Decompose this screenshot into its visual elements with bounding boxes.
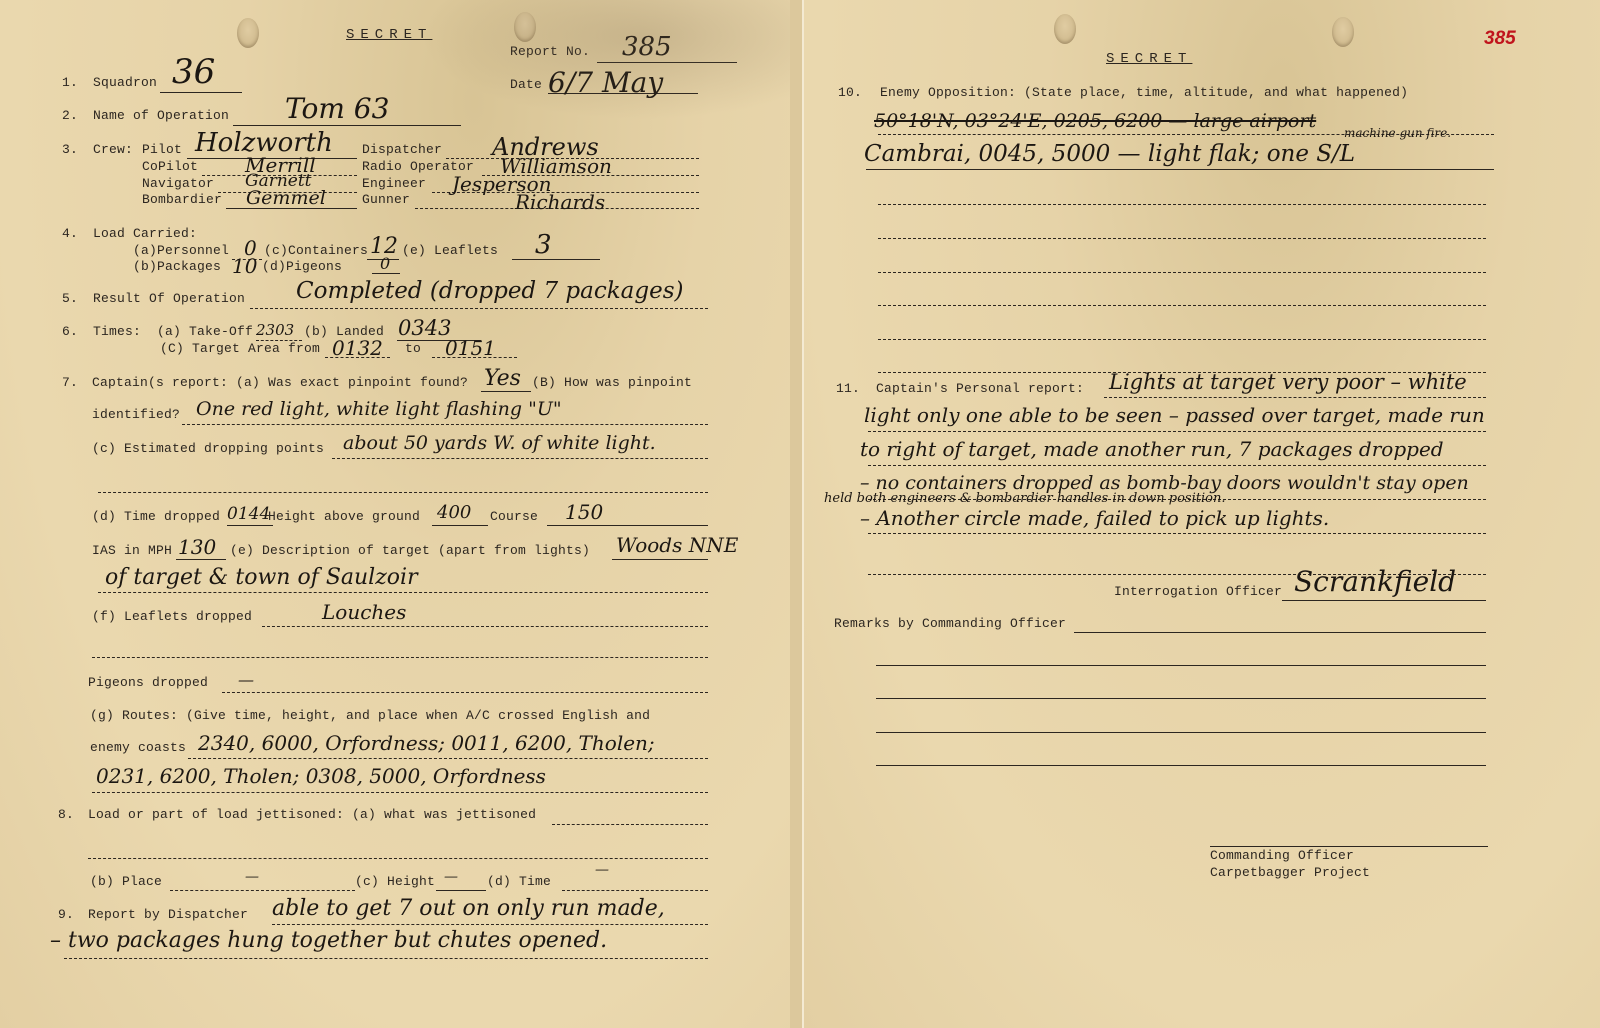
co-unit: Carpetbagger Project	[1210, 865, 1370, 880]
blank-line	[88, 858, 708, 859]
section-number: 4.	[62, 226, 78, 241]
operation-name-label: Name of Operation	[93, 108, 229, 123]
landed-value: 0343	[398, 316, 451, 340]
leaflets-dropped-line	[262, 626, 708, 627]
crew-role-bombardier: Bombardier	[142, 192, 222, 207]
crew-role-engineer: Engineer	[362, 176, 426, 191]
dispatcher-report-label: Report by Dispatcher	[88, 907, 248, 922]
captain-report-insert: held both engineers & bombardier handles…	[824, 491, 1225, 506]
result-label: Result Of Operation	[93, 291, 245, 306]
pigeons-value: 0	[380, 254, 390, 273]
target-description-value: Woods NNE	[616, 533, 738, 557]
remarks-label: Remarks by Commanding Officer	[834, 616, 1066, 631]
blank-line	[878, 238, 1486, 239]
enemy-opposition-label: Enemy Opposition: (State place, time, al…	[880, 85, 1408, 100]
jettison-time-label: (d) Time	[487, 874, 551, 889]
crew-name-bombardier: Gemmel	[246, 187, 326, 209]
jettison-time-line	[562, 890, 708, 891]
report-no-value: 385	[622, 32, 672, 62]
captain-report-line-1: Lights at target very poor – white	[1109, 370, 1467, 394]
times-label: Times:	[93, 324, 141, 339]
blank-line	[98, 492, 708, 493]
jettison-time-value: —	[595, 862, 609, 878]
course-label: Course	[490, 509, 538, 524]
target-description-value-2: of target & town of Saulzoir	[105, 565, 418, 590]
identified-line	[182, 424, 708, 425]
target-from-value: 0132	[332, 336, 383, 360]
captain-report-line-2: light only one able to be seen – passed …	[864, 403, 1485, 427]
captain-report-line-5: – Another circle made, failed to pick up…	[860, 506, 1329, 530]
blank-line	[878, 204, 1486, 205]
section-number: 6.	[62, 324, 78, 339]
pinpoint-how-label: (B) How was pinpoint	[532, 375, 692, 390]
co-signature-line	[1210, 846, 1488, 847]
enemy-opposition-line-2	[866, 169, 1494, 170]
section-number: 5.	[62, 291, 78, 306]
report-no-label: Report No.	[510, 44, 590, 59]
pigeons-dropped-value: —	[238, 670, 254, 689]
packages-value: 10	[232, 254, 257, 278]
section-number: 11.	[836, 381, 860, 396]
captain-report-line-3: to right of target, made another run, 7 …	[860, 437, 1444, 461]
routes-value-2: 0231, 6200, Tholen; 0308, 5000, Orfordne…	[96, 764, 546, 788]
jettison-height-line	[436, 890, 486, 891]
section-number: 1.	[62, 75, 78, 90]
pigeons-dropped-label: Pigeons dropped	[88, 675, 208, 690]
packages-label: (b)Packages	[133, 259, 221, 274]
height-line	[432, 525, 488, 526]
leaflets-label: (e) Leaflets	[402, 243, 498, 258]
report-no-line	[597, 62, 737, 63]
description-line	[612, 559, 708, 560]
jettison-height-label: (c) Height	[355, 874, 435, 889]
remarks-line	[876, 665, 1486, 666]
crew-role-pilot: Pilot	[142, 142, 182, 157]
interrogation-officer-label: Interrogation Officer	[1114, 584, 1282, 599]
interrogation-officer-signature: Scrankfield	[1294, 565, 1456, 598]
crew-role-gunner: Gunner	[362, 192, 410, 207]
pinpoint-found-line	[481, 391, 531, 392]
routes-value-1: 2340, 6000, Orfordness; 0011, 6200, Thol…	[198, 731, 655, 755]
pigeons-dropped-line	[222, 692, 708, 693]
dispatcher-report-line	[272, 924, 708, 925]
crew-role-dispatcher: Dispatcher	[362, 142, 442, 157]
date-value: 6/7 May	[548, 66, 663, 99]
course-line	[547, 525, 708, 526]
remarks-line	[876, 698, 1486, 699]
squadron-label: Squadron	[93, 75, 157, 90]
takeoff-value: 2303	[256, 321, 294, 339]
squadron-line	[160, 92, 242, 93]
section-number: 3.	[62, 142, 78, 157]
crew-role-copilot: CoPilot	[142, 159, 198, 174]
interrogation-officer-line	[1282, 600, 1486, 601]
place-line	[170, 890, 355, 891]
height-above-ground-label: Height above ground	[268, 509, 420, 524]
co-title: Commanding Officer	[1210, 848, 1354, 863]
captain-report-line	[1104, 397, 1486, 398]
time-dropped-value: 0144	[227, 504, 270, 524]
page-gutter	[790, 0, 804, 1028]
crew-label: Crew:	[93, 142, 133, 157]
blank-line	[878, 272, 1486, 273]
course-value: 150	[565, 500, 603, 524]
punch-hole	[237, 18, 259, 48]
pinpoint-found-value: Yes	[484, 366, 521, 391]
ias-value: 130	[178, 535, 216, 559]
leaflets-value: 3	[535, 230, 552, 260]
punch-hole	[1332, 17, 1354, 47]
secret-heading: SECRET	[346, 27, 432, 43]
blank-line	[878, 305, 1486, 306]
section-number: 8.	[58, 807, 74, 822]
load-carried-label: Load Carried:	[93, 226, 197, 241]
captain-report-label: Captain's Personal report:	[876, 381, 1084, 396]
report-page-front: SECRET Report No. 385 Date 6/7 May 1. Sq…	[0, 0, 790, 1028]
enemy-opposition-struck: 50°18'N, 03°24'E, 0205, 6200 — large air…	[874, 110, 1316, 132]
takeoff-label: (a) Take-Off	[157, 324, 253, 339]
routes-line	[188, 758, 708, 759]
target-description-label: (e) Description of target (apart from li…	[230, 543, 590, 558]
dispatcher-report-value-1: able to get 7 out on only run made,	[272, 896, 665, 921]
jettisoned-label: Load or part of load jettisoned: (a) wha…	[88, 807, 536, 822]
section-number: 7.	[62, 375, 78, 390]
pigeons-label: (d)Pigeons	[262, 259, 342, 274]
jettison-height-value: —	[444, 869, 458, 885]
remarks-line	[876, 732, 1486, 733]
remarks-line	[876, 765, 1486, 766]
routes-label-2: enemy coasts	[90, 740, 186, 755]
pinpoint-found-label: Captain(s report: (a) Was exact pinpoint…	[92, 375, 468, 390]
target-to-label: to	[405, 341, 421, 356]
identified-value: One red light, white light flashing "U"	[196, 398, 562, 420]
ias-line	[176, 559, 226, 560]
result-value: Completed (dropped 7 packages)	[296, 278, 684, 304]
crew-role-navigator: Navigator	[142, 176, 214, 191]
remarks-line	[1074, 632, 1486, 633]
jettisoned-line	[552, 824, 708, 825]
punch-hole	[1054, 14, 1076, 44]
leaflets-dropped-value: Louches	[322, 600, 406, 624]
section-number: 10.	[838, 85, 862, 100]
target-to-value: 0151	[445, 336, 496, 360]
personnel-label: (a)Personnel	[133, 243, 229, 258]
section-number: 9.	[58, 907, 74, 922]
operation-name-line	[233, 125, 461, 126]
time-dropped-label: (d) Time dropped	[92, 509, 220, 524]
containers-label: (c)Containers	[264, 243, 368, 258]
page-number-stamp: 385	[1484, 28, 1516, 50]
squadron-value: 36	[172, 52, 215, 92]
captain-report-line	[868, 533, 1486, 534]
crew-name-gunner: Richards	[515, 190, 605, 214]
blank-line	[92, 657, 708, 658]
pigeons-line	[372, 273, 400, 274]
leaflets-dropped-label: (f) Leaflets dropped	[92, 609, 252, 624]
height-value: 400	[437, 502, 471, 523]
dispatcher-report-value-2: – two packages hung together but chutes …	[50, 928, 607, 953]
place-label: (b) Place	[90, 874, 162, 889]
routes-line-2	[92, 792, 708, 793]
ias-label: IAS in MPH	[92, 543, 172, 558]
dropping-points-line	[332, 458, 708, 459]
place-value: —	[245, 869, 259, 885]
section-number: 2.	[62, 108, 78, 123]
description-line-2	[98, 592, 708, 593]
result-line	[250, 308, 708, 309]
dropping-points-label: (c) Estimated dropping points	[92, 441, 324, 456]
dropping-points-value: about 50 yards W. of white light.	[343, 432, 656, 454]
secret-heading: SECRET	[1106, 51, 1192, 67]
captain-report-line	[868, 465, 1486, 466]
date-label: Date	[510, 77, 542, 92]
report-page-back: 385 SECRET 10. Enemy Opposition: (State …	[804, 0, 1600, 1028]
time-dropped-line	[227, 525, 273, 526]
target-area-label: (C) Target Area from	[160, 341, 320, 356]
dispatcher-report-line-2	[64, 958, 708, 959]
captain-report-line	[868, 431, 1486, 432]
leaflets-line	[512, 259, 600, 260]
punch-hole	[514, 12, 536, 42]
operation-name-value: Tom 63	[285, 92, 389, 125]
blank-line	[878, 339, 1486, 340]
routes-label: (g) Routes: (Give time, height, and plac…	[90, 708, 650, 723]
enemy-opposition-insert: machine gun fire.	[1344, 126, 1451, 140]
identified-label: identified?	[92, 407, 180, 422]
enemy-opposition-value: Cambrai, 0045, 5000 — light flak; one S/…	[864, 141, 1355, 167]
